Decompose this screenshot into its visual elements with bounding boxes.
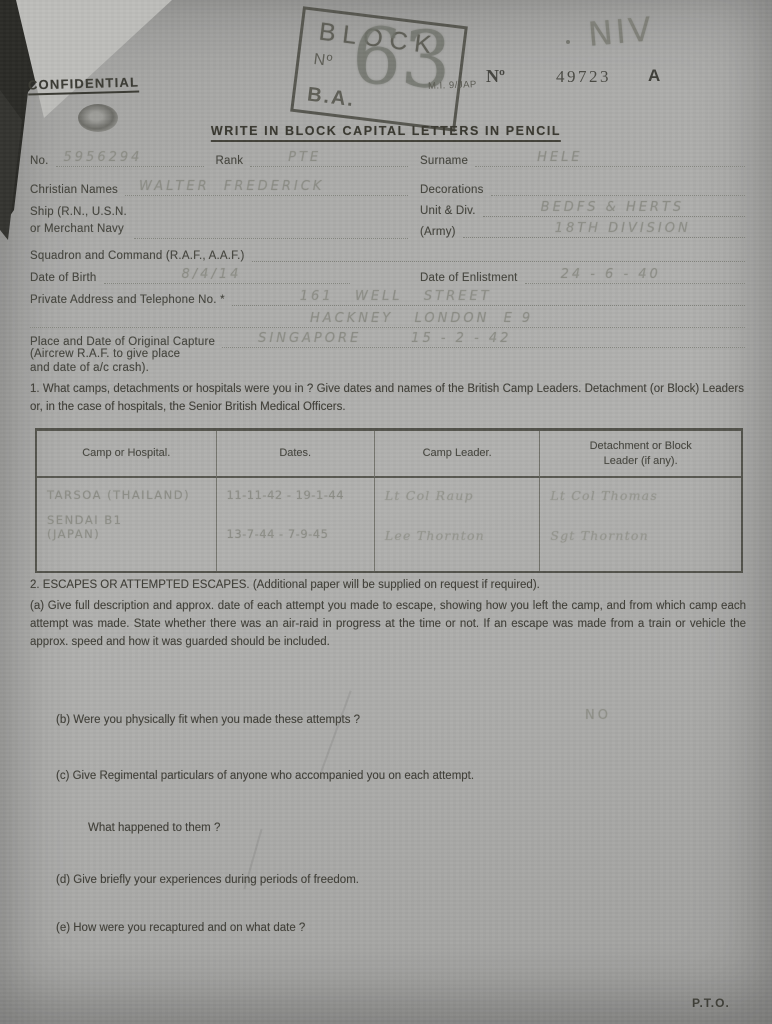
address-line-2: HACKNEY LONDON E 9 [30, 311, 745, 328]
table-header-leader: Camp Leader. [375, 431, 540, 478]
christian-names-line: WALTER FREDERICK [125, 179, 408, 196]
no-line: 5956294 [56, 150, 204, 167]
enlistment-value: 24 - 6 - 40 [561, 267, 661, 282]
ship-label: Ship (R.N., U.S.N. or Merchant Navy [30, 204, 127, 239]
question-2b: (b) Were you physically fit when you mad… [56, 712, 616, 730]
address-label: Private Address and Telephone No. * [30, 294, 225, 306]
decorations-line [491, 179, 745, 196]
classification-label: CONFIDENTIAL [28, 75, 140, 96]
question-2a: (a) Give full description and approx. da… [30, 598, 746, 651]
field-row-squadron: Squadron and Command (R.A.F., A.A.F.) [30, 245, 745, 262]
pto-label: P.T.O. [692, 996, 730, 1010]
unit-label-2: (Army) [420, 226, 456, 238]
table-header-camp: Camp or Hospital. [37, 431, 217, 478]
camps-table: Camp or Hospital. Dates. Camp Leader. De… [35, 428, 743, 573]
dob-value: 8/4/14 [182, 267, 242, 282]
field-row-decorations: Decorations [420, 179, 745, 196]
question-2c: (c) Give Regimental particulars of anyon… [56, 768, 676, 786]
unit-line-2: (Army) 18TH DIVISION [420, 221, 745, 238]
unit-value-1: BEDFS & HERTS [541, 200, 685, 215]
field-row-christian-names: Christian Names WALTER FREDERICK [30, 179, 408, 196]
field-row-enlistment: Date of Enlistment 24 - 6 - 40 [420, 267, 745, 284]
field-row-no-rank: No. 5956294 Rank PTE [30, 150, 408, 167]
question-2e: (e) How were you recaptured and on what … [56, 920, 676, 938]
handwritten-block-number: 63 [349, 11, 454, 108]
unit-value-2: 18TH DIVISION [555, 221, 691, 236]
question-2c-followup: What happened to them ? [88, 820, 488, 838]
field-row-dob: Date of Birth 8/4/14 [30, 267, 350, 284]
no-label: No. [30, 155, 49, 167]
table-cell: TARSOA (THAILAND) [47, 488, 212, 502]
table-col-dates: 11-11-42 - 19-1-44 13-7-44 - 7-9-45 [217, 478, 375, 571]
address-value-2: HACKNEY LONDON E 9 [310, 311, 533, 326]
table-cell: 13-7-44 - 7-9-45 [227, 527, 370, 541]
surname-label: Surname [420, 155, 468, 167]
field-row-surname: Surname HELE [420, 150, 745, 167]
field-row-unit: Unit & Div. BEDFS & HERTS (Army) 18TH DI… [420, 200, 745, 238]
field-row-address: Private Address and Telephone No. * 161 … [30, 289, 745, 306]
form-reference: M.I. 9/JAP [428, 79, 477, 92]
table-header-block-leader: Detachment or Block Leader (if any). [540, 431, 741, 478]
serial-no-label: Nº [486, 66, 505, 87]
surname-line: HELE [475, 150, 745, 167]
capture-line: SINGAPORE 15 - 2 - 42 [222, 331, 745, 348]
question-1: 1. What camps, detachments or hospitals … [30, 381, 744, 417]
ship-line [134, 222, 408, 239]
enlistment-label: Date of Enlistment [420, 272, 518, 284]
unit-value-line-2: 18TH DIVISION [463, 221, 745, 238]
capture-value: SINGAPORE 15 - 2 - 42 [258, 331, 511, 346]
address-value-1: 161 WELL STREET [300, 289, 492, 304]
table-col-camp: TARSOA (THAILAND) SENDAI B1 (JAPAN) [37, 478, 217, 571]
enlistment-line: 24 - 6 - 40 [525, 267, 745, 284]
christian-names-label: Christian Names [30, 184, 118, 196]
surname-value: HELE [537, 150, 582, 165]
rank-label: Rank [216, 155, 244, 167]
question-2-heading: 2. ESCAPES OR ATTEMPTED ESCAPES. (Additi… [30, 577, 744, 595]
paper-fastener-mark [78, 104, 118, 132]
capture-label-3: and date of a/c crash). [30, 362, 149, 374]
decorations-label: Decorations [420, 184, 484, 196]
table-cell: Lt Col Raup [385, 488, 535, 503]
table-col-block-leader: Lt Col Thomas Sgt Thornton [540, 478, 741, 571]
table-cell: SENDAI B1 (JAPAN) [47, 513, 212, 541]
pencil-annotation: NIV [586, 9, 655, 54]
scanned-pow-questionnaire-page: CONFIDENTIAL BLOCK Nº B.A. 63 M.I. 9/JAP… [0, 0, 772, 1024]
serial-number: 49723 [556, 67, 611, 87]
table-col-leader: Lt Col Raup Lee Thornton [375, 478, 540, 571]
unit-label-1: Unit & Div. [420, 205, 476, 217]
address-line-1: 161 WELL STREET [232, 289, 745, 306]
table-cell: Lee Thornton [385, 528, 535, 543]
rank-line: PTE [250, 150, 408, 167]
rank-value: PTE [288, 150, 321, 165]
field-row-address-2: HACKNEY LONDON E 9 [30, 311, 745, 328]
question-2b-answer: NO [585, 708, 611, 723]
squadron-label: Squadron and Command (R.A.F., A.A.F.) [30, 250, 245, 262]
crease-mark [318, 690, 351, 777]
dob-line: 8/4/14 [104, 267, 350, 284]
table-cell: Lt Col Thomas [550, 488, 737, 503]
table-header-dates: Dates. [217, 431, 375, 478]
table-cell: Sgt Thornton [550, 528, 737, 543]
field-row-capture: Place and Date of Original Capture SINGA… [30, 331, 745, 348]
capture-label-2: (Aircrew R.A.F. to give place [30, 348, 180, 360]
page-title: WRITE IN BLOCK CAPITAL LETTERS IN PENCIL [211, 124, 561, 142]
christian-names-value: WALTER FREDERICK [139, 179, 324, 194]
field-row-ship: Ship (R.N., U.S.N. or Merchant Navy [30, 204, 408, 239]
pencil-dot [566, 40, 570, 44]
question-2d: (d) Give briefly your experiences during… [56, 872, 676, 890]
unit-line-1: Unit & Div. BEDFS & HERTS [420, 200, 745, 217]
unit-value-line-1: BEDFS & HERTS [483, 200, 745, 217]
squadron-line [252, 245, 746, 262]
serial-suffix: A [648, 66, 660, 86]
no-value: 5956294 [64, 150, 143, 165]
stamp-no-label: Nº [313, 51, 334, 71]
dob-label: Date of Birth [30, 272, 97, 284]
capture-label-1: Place and Date of Original Capture [30, 336, 215, 348]
table-cell: 11-11-42 - 19-1-44 [227, 488, 370, 502]
